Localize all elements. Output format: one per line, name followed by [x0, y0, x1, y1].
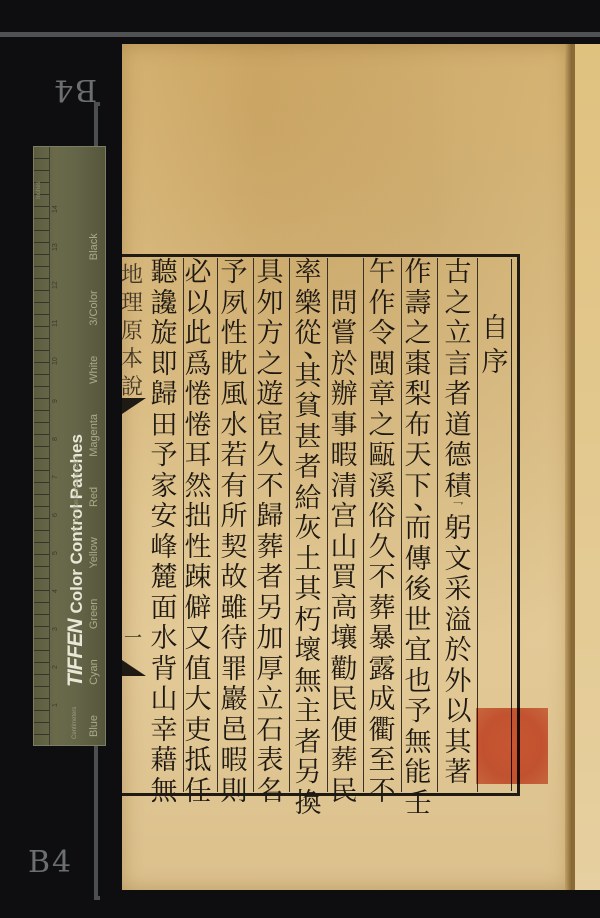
column-rule [253, 258, 254, 792]
next-page-edge [572, 44, 600, 890]
text-column: 𣪶問嘗於辦事暇清宫山買高壤勸民便葬民 [326, 258, 362, 792]
patch-label: Red [88, 487, 100, 507]
preface-heading: 自序 [480, 312, 510, 380]
ruler-copyright: © The Tiffen Company, 2007 [74, 456, 80, 532]
column-rule [217, 258, 218, 792]
text-column: 具夘方之遊宦久不歸葬者另加厚立石表名 [252, 258, 288, 792]
fishtail-mark-top [122, 398, 146, 414]
color-control-ruler: 1234567891011121314 Centimeters TIFFENCo… [33, 146, 106, 746]
patch-label: White [88, 356, 100, 384]
ruler-patch-labels: Blue Cyan Green Yellow Red Magenta White… [88, 206, 100, 737]
column-rule [363, 258, 364, 792]
column-rule [401, 258, 402, 792]
ruler-cm-numbers: 1234567891011121314 [52, 175, 59, 707]
text-column: 必以此爲惓惓耳然拙性踈僻又值大吏抵任 [180, 258, 216, 792]
fishtail-mark-bottom [122, 660, 146, 676]
brand-logo: TIFFEN [64, 620, 87, 688]
target-label-bottom: B4 [28, 845, 73, 880]
patch-label: Magenta [88, 414, 100, 457]
mounting-frame-line [0, 32, 600, 37]
text-column: 作壽之棗梨布天下﹅而傳後世宜也予無能壬 [400, 258, 436, 792]
patch-label: Blue [88, 715, 100, 737]
column-rule [183, 258, 184, 792]
text-column: 午作令閩章之甌溪俗久不葬暴露成衢至不 [364, 258, 400, 792]
column-rule [437, 258, 438, 792]
page-number: 一 [124, 624, 142, 650]
column-rule [327, 258, 328, 792]
column-rule [289, 258, 290, 792]
patch-label: Black [88, 233, 100, 260]
text-column: 古之立言者道德積乛躬文采溢於外以其著 [440, 258, 476, 792]
patch-label: Yellow [88, 537, 100, 568]
red-seal-stamp [476, 708, 548, 784]
ruler-units-label: Centimeters [72, 707, 78, 739]
target-label-top: B4 [52, 72, 97, 107]
text-column: 聽讒旋即歸田予家安峰麓面水背山幸藉無 [146, 258, 182, 792]
patch-label: 3/Color [88, 290, 100, 325]
text-column: 率樂從﹅其貧甚者給灰土其朽壞無主者另換 [290, 258, 326, 792]
text-column: 予夙性眈風水若有所契故雖待罪巖邑暇則 [216, 258, 252, 792]
patch-label: Green [88, 599, 100, 630]
ruler-inches-label: Inches [36, 181, 42, 199]
center-fold-title: 地理原本說 [120, 262, 144, 402]
patch-label: Cyan [88, 659, 100, 685]
